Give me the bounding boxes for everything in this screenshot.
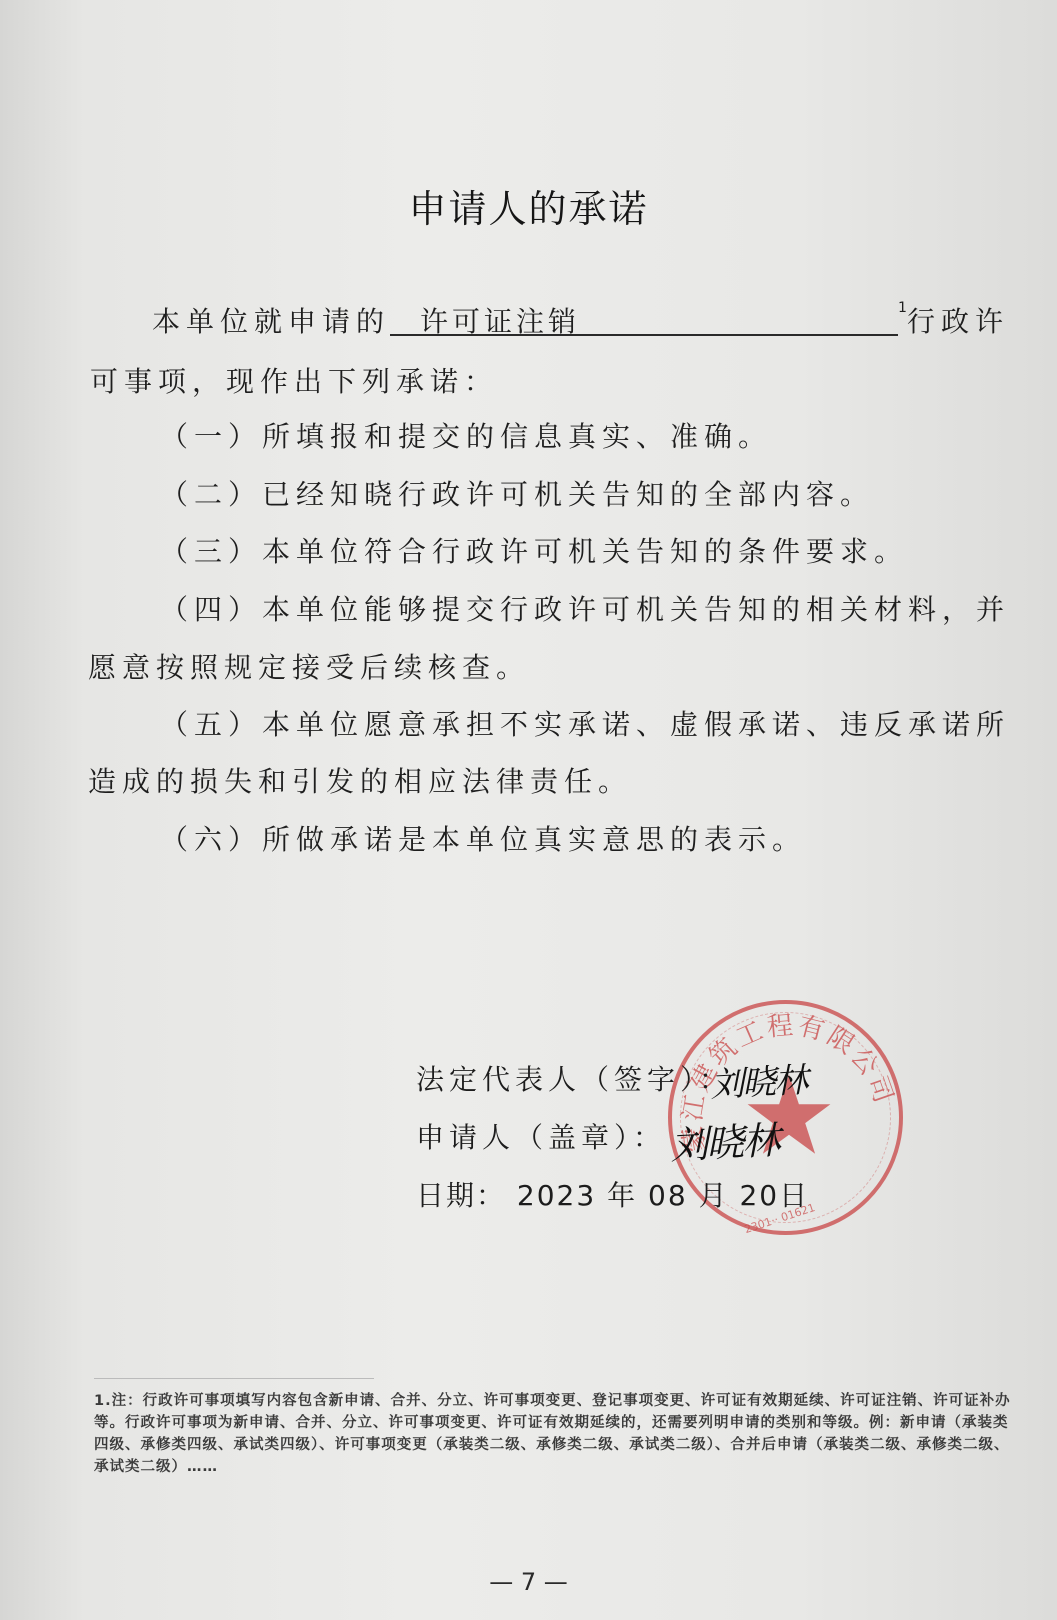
- footnote-divider: [94, 1378, 374, 1379]
- applicant-signature: 刘晓林: [669, 1109, 780, 1170]
- commitment-6: （六）所做承诺是本单位真实意思的表示。: [160, 818, 806, 858]
- legal-rep-signature: 刘晓林: [709, 1053, 807, 1107]
- date-month: 08: [648, 1179, 688, 1212]
- commitment-5-line-2: 造成的损失和引发的相应法律责任。: [88, 760, 632, 800]
- intro-line-1: 本单位就申请的许可证注销1行政许: [152, 300, 1009, 340]
- date-year-unit: 年: [607, 1179, 637, 1212]
- commitment-2: （二）已经知晓行政许可机关告知的全部内容。: [160, 473, 874, 513]
- intro-line-2: 可事项，现作出下列承诺：: [90, 360, 498, 400]
- date-day-unit: 日: [779, 1179, 809, 1212]
- intro-suffix: 行政许: [907, 305, 1009, 338]
- commitment-3: （三）本单位符合行政许可机关告知的条件要求。: [160, 530, 908, 570]
- commitment-1: （一）所填报和提交的信息真实、准确。: [160, 415, 772, 455]
- legal-rep-label: 法定代表人（签字）：: [416, 1058, 732, 1098]
- filled-permit-item: 许可证注销: [390, 300, 898, 336]
- intro-prefix: 本单位就申请的: [152, 305, 390, 338]
- date-year: 2023: [517, 1179, 596, 1212]
- date-month-unit: 月: [699, 1179, 729, 1212]
- footnote: 1.注：行政许可事项填写内容包含新申请、合并、分立、许可事项变更、登记事项变更、…: [94, 1390, 1014, 1478]
- document-title: 申请人的承诺: [0, 178, 1057, 233]
- commitment-4-line-1: （四）本单位能够提交行政许可机关告知的相关材料，并: [160, 588, 1010, 628]
- date-label: 日期：: [416, 1179, 506, 1212]
- applicant-label: 申请人（盖章）：: [416, 1116, 666, 1156]
- commitment-5-line-1: （五）本单位愿意承担不实承诺、虚假承诺、违反承诺所: [160, 703, 1010, 743]
- document-page: 申请人的承诺 本单位就申请的许可证注销1行政许 可事项，现作出下列承诺： （一）…: [0, 0, 1057, 1620]
- date-day: 20: [739, 1179, 779, 1212]
- commitment-4-line-2: 愿意按照规定接受后续核查。: [88, 646, 530, 686]
- page-number: — 7 —: [0, 1568, 1057, 1596]
- footnote-marker: 1: [898, 300, 907, 316]
- date-line: 日期： 2023 年 08 月 20日: [416, 1174, 809, 1214]
